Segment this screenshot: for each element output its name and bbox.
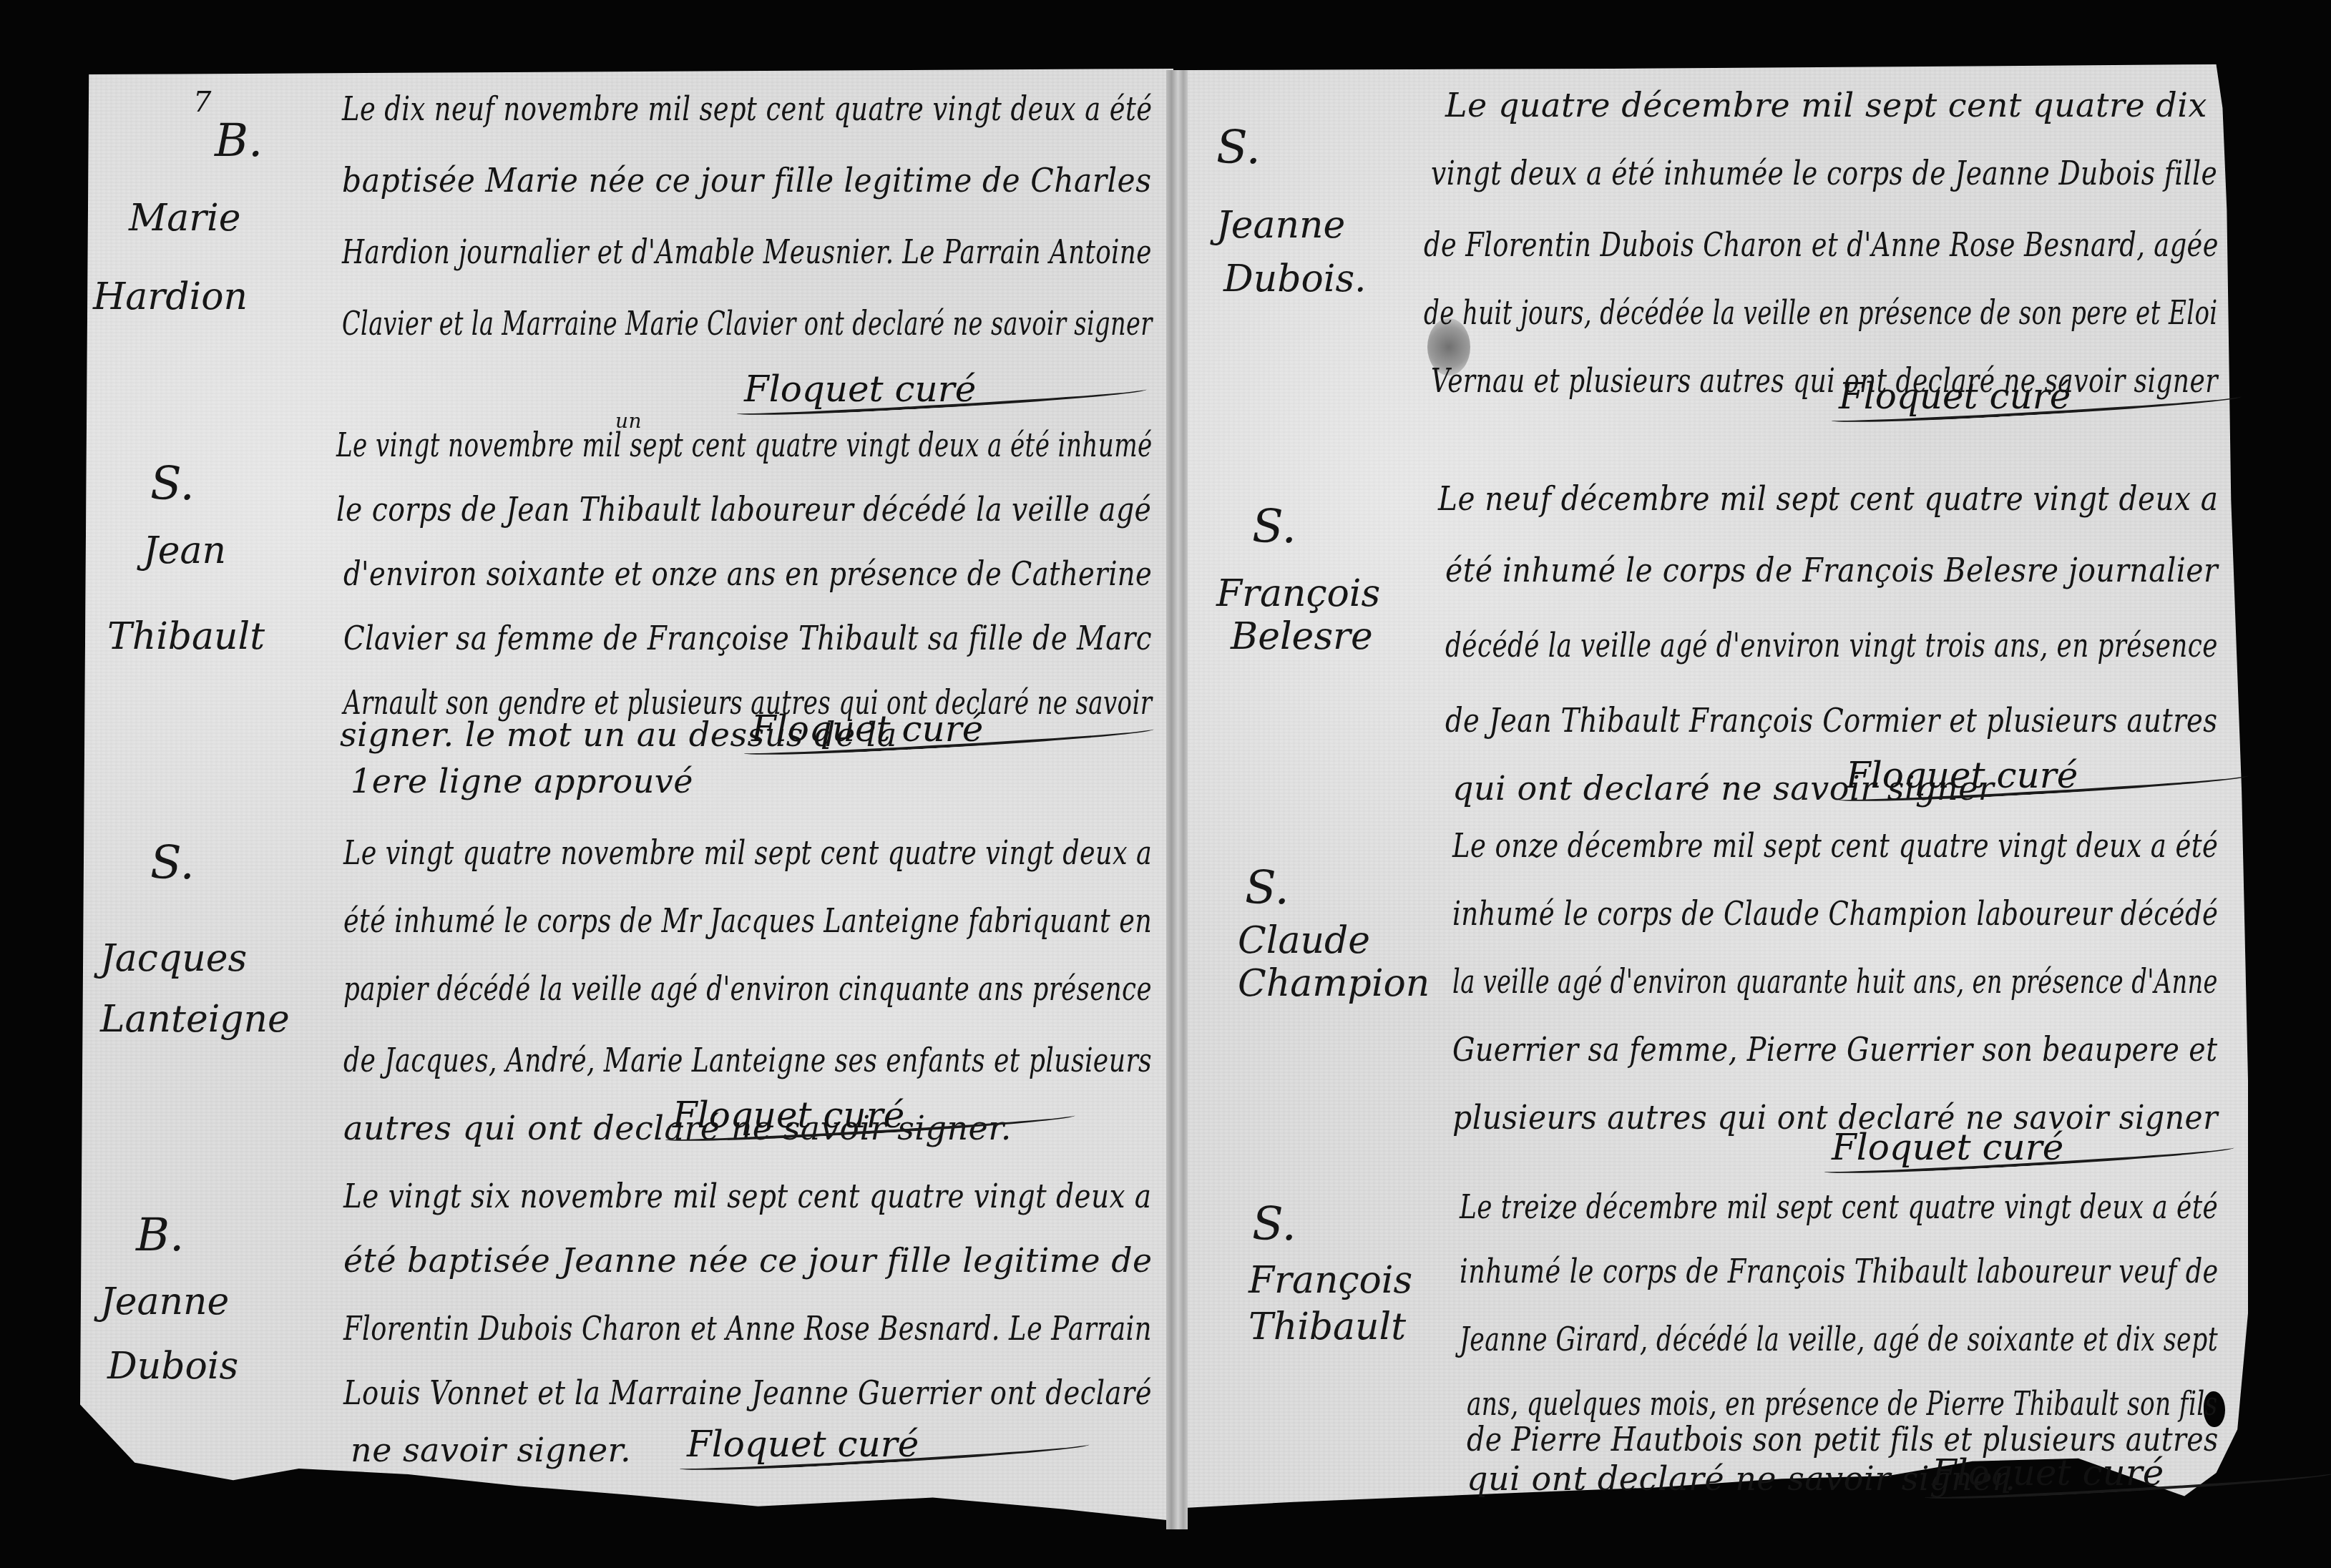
entry-line: le corps de Jean Thibault laboureur décé…: [336, 490, 1151, 529]
priest-signature: Floquet curé: [687, 1424, 919, 1465]
margin-surname: Dubois: [107, 1345, 238, 1388]
margin-surname: Dubois.: [1223, 258, 1367, 300]
entry-line: Guerrier sa femme, Pierre Guerrier son b…: [1452, 1030, 2217, 1069]
entry-line: Le quatre décembre mil sept cent quatre …: [1445, 86, 2207, 124]
entry-line: de Florentin Dubois Charon et d'Anne Ros…: [1424, 225, 2219, 264]
margin-entry-type: B.: [136, 1209, 184, 1262]
entry-line: Hardion journalier et d'Amable Meusnier.…: [342, 232, 1152, 271]
entry-line: de huit jours, décédée la veille en prés…: [1424, 293, 2218, 332]
margin-entry-type: B.: [215, 114, 263, 167]
priest-signature: Floquet curé: [673, 1094, 904, 1136]
margin-first-name: François: [1248, 1259, 1412, 1302]
entry-line: Vernau et plusieurs autres qui ont decla…: [1431, 361, 2218, 400]
entry-line: Louis Vonnet et la Marraine Jeanne Guerr…: [343, 1373, 1152, 1412]
margin-entry-type: S.: [150, 837, 195, 890]
entry-line: été inhumé le corps de Mr Jacques Lantei…: [343, 901, 1152, 940]
margin-entry-type: S.: [1245, 862, 1289, 915]
margin-surname: Belesre: [1231, 615, 1373, 658]
entry-line: été inhumé le corps de François Belesre …: [1445, 551, 2218, 589]
entry-line: baptisée Marie née ce jour fille legitim…: [342, 161, 1152, 200]
entry-line: été baptisée Jeanne née ce jour fille le…: [343, 1241, 1153, 1280]
entry-line: ans, quelques mois, en présence de Pierr…: [1467, 1384, 2218, 1423]
margin-entry-type: S.: [1252, 501, 1296, 554]
margin-surname: Thibault: [107, 615, 265, 658]
entry-line: d'environ soixante et onze ans en présen…: [343, 554, 1152, 593]
entry-line: Le vingt novembre mil sept cent quatre v…: [336, 426, 1153, 464]
priest-signature: Floquet curé: [1839, 376, 2071, 417]
book-binding-fold: [1166, 70, 1188, 1529]
corner-mark: 7: [193, 86, 211, 119]
entry-line: Clavier et la Marraine Marie Clavier ont…: [342, 304, 1153, 343]
priest-signature: Floquet curé: [744, 368, 976, 410]
entry-line: la veille agé d'environ quarante huit an…: [1452, 962, 2218, 1001]
margin-entry-type: S.: [150, 458, 195, 511]
entry-line: de Jean Thibault François Cormier et plu…: [1445, 701, 2218, 740]
entry-line: Florentin Dubois Charon et Anne Rose Bes…: [343, 1309, 1152, 1348]
margin-surname: Hardion: [93, 275, 248, 318]
entry-line: papier décédé la veille agé d'environ ci…: [343, 969, 1152, 1008]
priest-signature: Floquet curé: [1832, 1127, 2063, 1168]
margin-first-name: Jeanne: [100, 1280, 229, 1323]
entry-line: vingt deux a été inhumée le corps de Jea…: [1431, 154, 2217, 192]
entry-line: Le vingt quatre novembre mil sept cent q…: [343, 833, 1152, 872]
entry-line: Le vingt six novembre mil sept cent quat…: [343, 1177, 1151, 1215]
entry-line: Le dix neuf novembre mil sept cent quatr…: [342, 89, 1152, 128]
margin-surname: Lanteigne: [100, 998, 290, 1041]
margin-first-name: Jacques: [100, 937, 247, 980]
margin-first-name: Jeanne: [1216, 204, 1345, 247]
entry-line: Jeanne Girard, décédé la veille, agé de …: [1460, 1320, 2218, 1358]
margin-first-name: Marie: [129, 197, 241, 240]
approval-note: 1ere ligne approuvé: [351, 762, 693, 800]
priest-signature: Floquet curé: [1932, 1452, 2164, 1494]
margin-first-name: François: [1216, 572, 1380, 615]
entry-line: Le neuf décembre mil sept cent quatre vi…: [1438, 479, 2218, 518]
priest-signature: Floquet curé: [751, 708, 983, 750]
entry-line: inhumé le corps de Claude Champion labou…: [1452, 894, 2218, 933]
margin-first-name: Jean: [143, 529, 226, 572]
entry-line: de Jacques, André, Marie Lanteigne ses e…: [343, 1041, 1152, 1079]
entry-line: décédé la veille agé d'environ vingt tro…: [1445, 626, 2218, 665]
margin-surname: Thibault: [1248, 1305, 1406, 1348]
margin-first-name: Claude: [1238, 919, 1370, 962]
entry-line: inhumé le corps de François Thibault lab…: [1460, 1252, 2219, 1290]
entry-line: ne savoir signer.: [351, 1431, 631, 1469]
margin-entry-type: S.: [1216, 122, 1261, 175]
priest-signature: Floquet curé: [1846, 755, 2078, 796]
margin-entry-type: S.: [1252, 1198, 1296, 1251]
entry-line: Le onze décembre mil sept cent quatre vi…: [1452, 826, 2218, 865]
entry-line: Clavier sa femme de Françoise Thibault s…: [343, 619, 1152, 657]
margin-surname: Champion: [1238, 962, 1430, 1005]
entry-line: Le treize décembre mil sept cent quatre …: [1460, 1187, 2218, 1226]
